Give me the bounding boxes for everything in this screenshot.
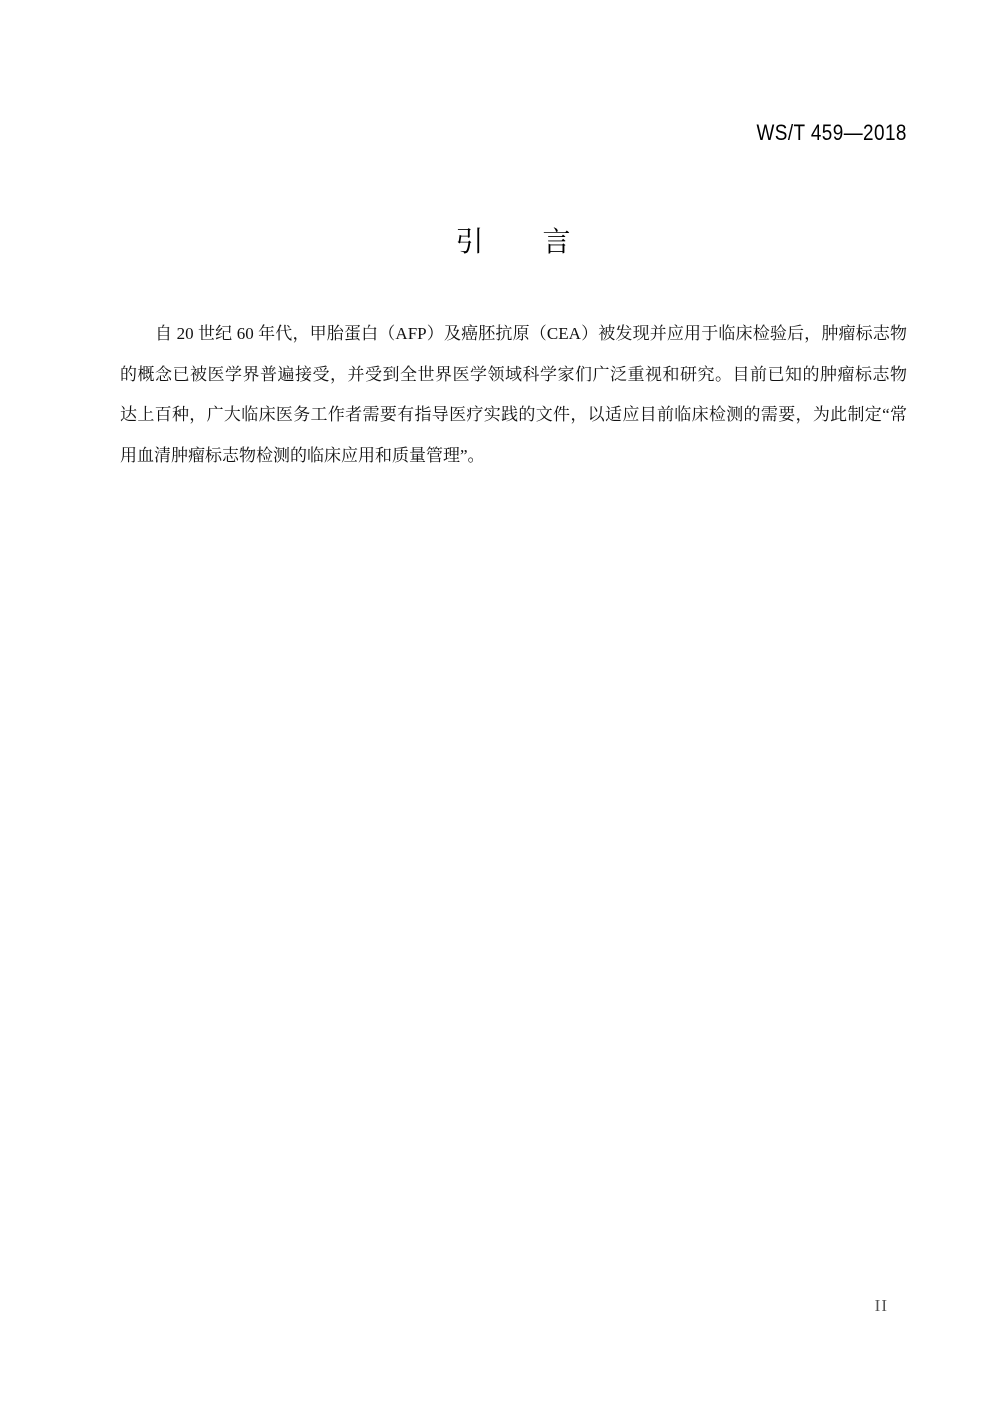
- intro-paragraph: 自 20 世纪 60 年代，甲胎蛋白（AFP）及癌胚抗原（CEA）被发现并应用于…: [120, 314, 907, 476]
- standard-code: WS/T 459—2018: [757, 120, 907, 146]
- paragraph-line: 的概念已被医学界普遍接受，并受到全世界医学领域科学家们广泛重视和研究。目前已知的…: [120, 355, 907, 396]
- section-title: 引 言: [120, 220, 907, 260]
- document-page: WS/T 459—2018 引 言 自 20 世纪 60 年代，甲胎蛋白（AFP…: [0, 0, 1000, 1414]
- paragraph-line: 用血清肿瘤标志物检测的临床应用和质量管理”。: [120, 436, 907, 477]
- page-number: II: [875, 1296, 888, 1316]
- paragraph-line: 达上百种，广大临床医务工作者需要有指导医疗实践的文件，以适应目前临床检测的需要，…: [120, 395, 907, 436]
- paragraph-line: 自 20 世纪 60 年代，甲胎蛋白（AFP）及癌胚抗原（CEA）被发现并应用于…: [120, 314, 907, 355]
